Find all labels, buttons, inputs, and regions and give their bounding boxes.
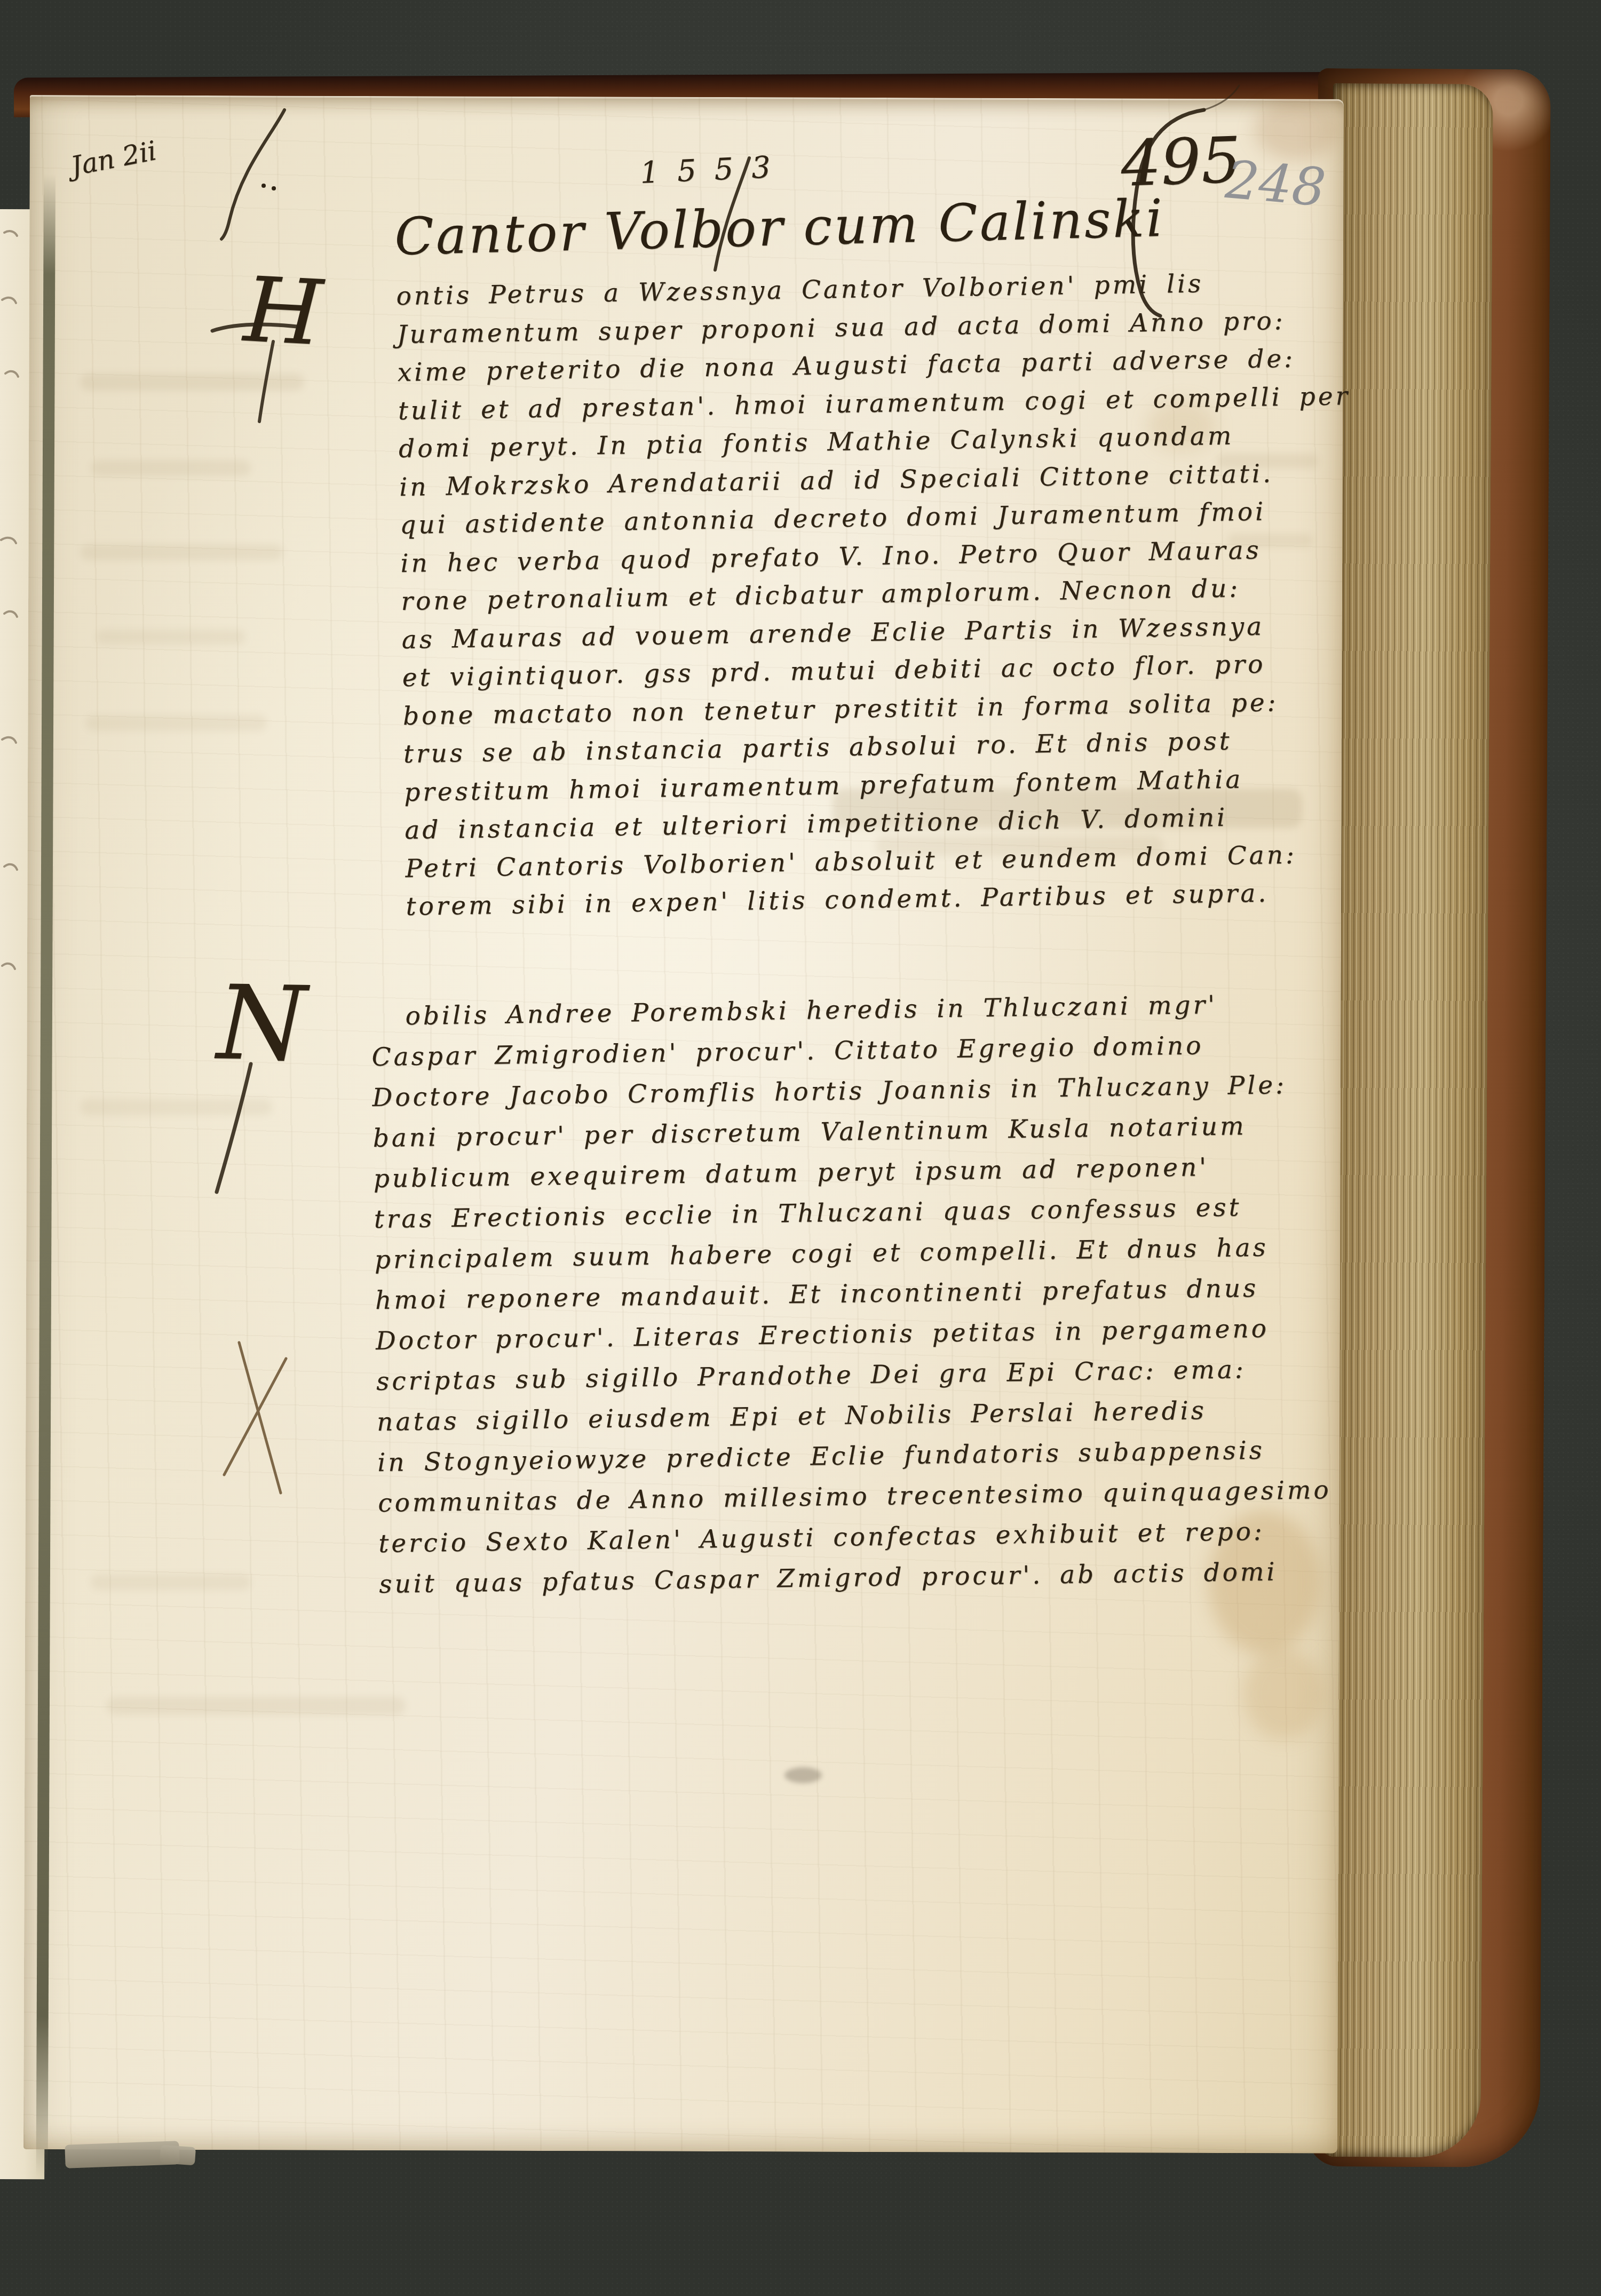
initial-descender-stroke [217, 1064, 251, 1192]
pen-flourishes-overlay [0, 0, 1601, 2296]
folio-swash-hairline [1204, 85, 1239, 110]
folio-swash [1133, 110, 1204, 316]
ink-dot [272, 186, 276, 190]
handwritten-content: Jan 2ii 1553 495 248 Cantor Volbor cum C… [0, 0, 1601, 2296]
margin-x-mark [224, 1342, 286, 1493]
initial-descender-stroke [259, 341, 273, 422]
ink-dot [261, 184, 266, 188]
facing-page-ink-fragments [1, 231, 18, 969]
margin-swash [221, 110, 284, 239]
center-swash [715, 158, 749, 270]
initial-crossbar-stroke [212, 324, 297, 331]
manuscript-photograph: Jan 2ii 1553 495 248 Cantor Volbor cum C… [0, 0, 1601, 2296]
